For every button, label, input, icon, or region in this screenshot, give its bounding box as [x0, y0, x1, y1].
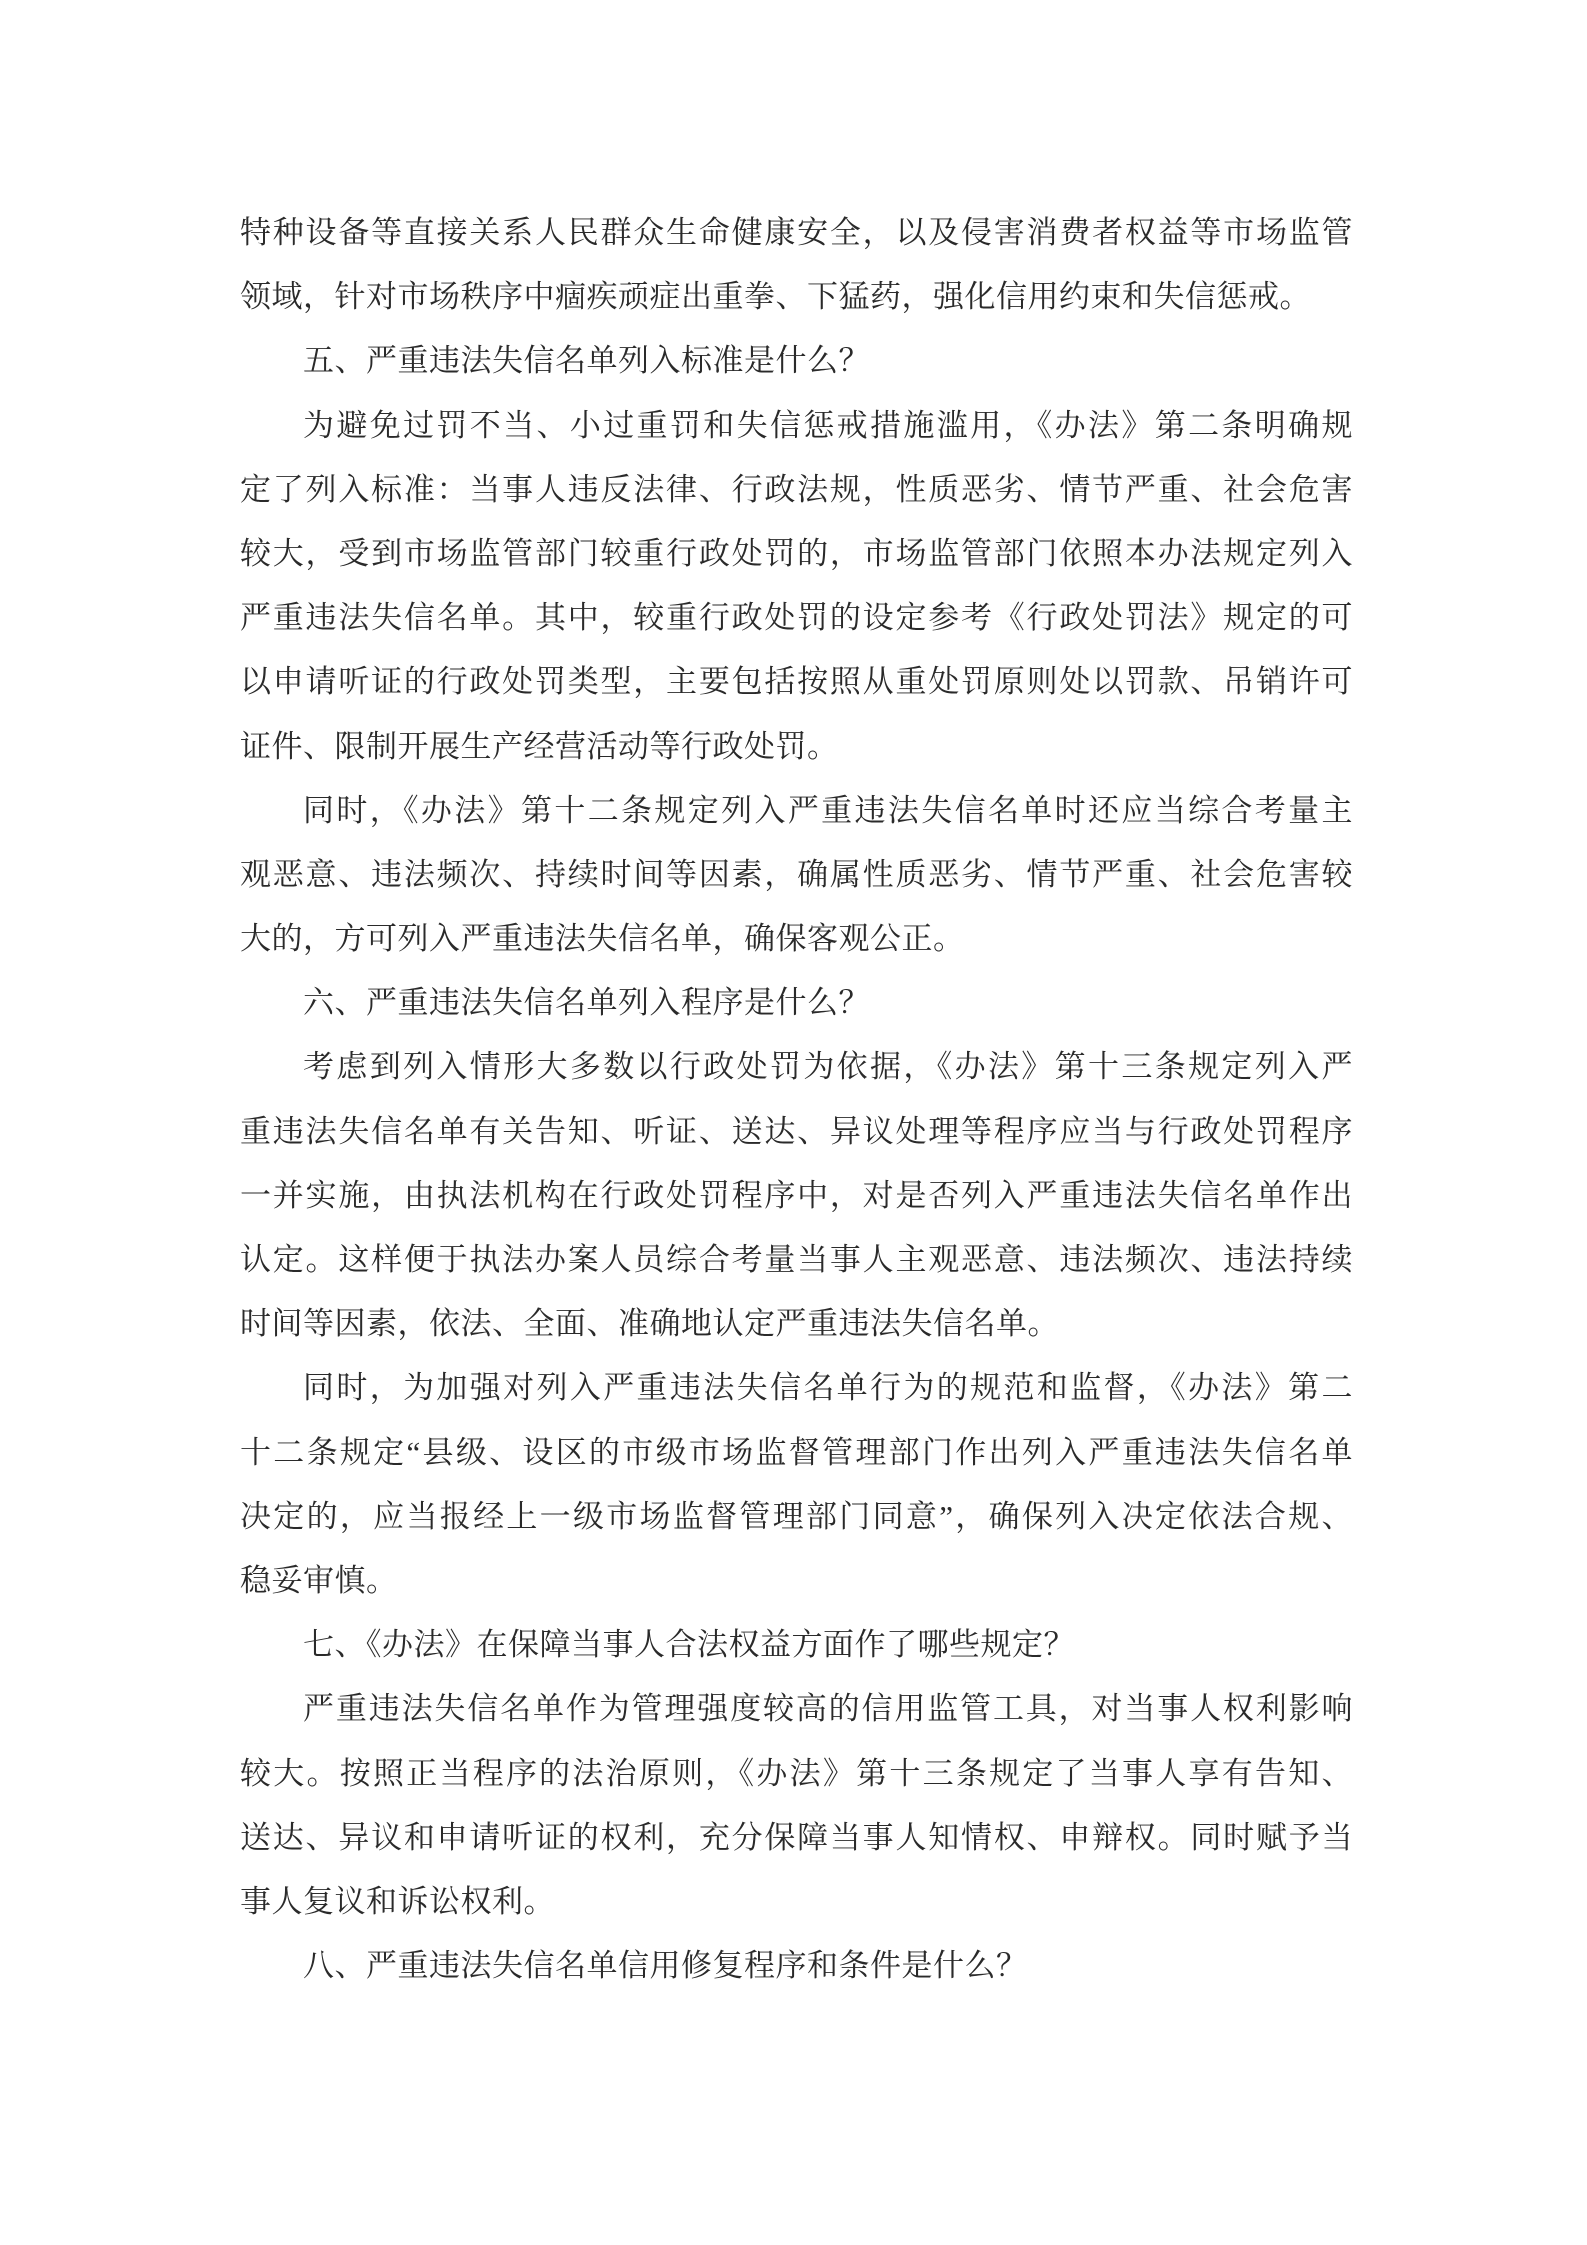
text-line: 十二条规定“县级、设区的市级市场监督管理部门作出列入严重违法失信名单 [240, 1421, 1353, 1485]
section-heading: 八、严重违法失信名单信用修复程序和条件是什么？ [240, 1934, 1353, 1998]
text-line: 送达、异议和申请听证的权利，充分保障当事人知情权、申辩权。同时赋予当 [240, 1806, 1353, 1870]
text-line: 考虑到列入情形大多数以行政处罚为依据，《办法》第十三条规定列入严 [240, 1035, 1353, 1099]
text-line: 证件、限制开展生产经营活动等行政处罚。 [240, 715, 1353, 779]
document-body: 特种设备等直接关系人民群众生命健康安全，以及侵害消费者权益等市场监管 领域，针对… [240, 201, 1353, 1998]
document-page: 特种设备等直接关系人民群众生命健康安全，以及侵害消费者权益等市场监管 领域，针对… [0, 0, 1587, 2245]
text-line: 严重违法失信名单作为管理强度较高的信用监管工具，对当事人权利影响 [240, 1677, 1353, 1741]
text-line: 时间等因素，依法、全面、准确地认定严重违法失信名单。 [240, 1292, 1353, 1356]
text-line: 事人复议和诉讼权利。 [240, 1870, 1353, 1934]
text-line: 同时，为加强对列入严重违法失信名单行为的规范和监督，《办法》第二 [240, 1356, 1353, 1420]
text-line: 重违法失信名单有关告知、听证、送达、异议处理等程序应当与行政处罚程序 [240, 1100, 1353, 1164]
section-heading: 七、《办法》在保障当事人合法权益方面作了哪些规定？ [240, 1613, 1353, 1677]
text-line: 严重违法失信名单。其中，较重行政处罚的设定参考《行政处罚法》规定的可 [240, 586, 1353, 650]
text-line: 稳妥审慎。 [240, 1549, 1353, 1613]
text-line: 认定。这样便于执法办案人员综合考量当事人主观恶意、违法频次、违法持续 [240, 1228, 1353, 1292]
text-line: 一并实施，由执法机构在行政处罚程序中，对是否列入严重违法失信名单作出 [240, 1164, 1353, 1228]
text-line: 决定的，应当报经上一级市场监督管理部门同意”，确保列入决定依法合规、 [240, 1485, 1353, 1549]
text-line: 以申请听证的行政处罚类型，主要包括按照从重处罚原则处以罚款、吊销许可 [240, 650, 1353, 714]
text-line: 定了列入标准：当事人违反法律、行政法规，性质恶劣、情节严重、社会危害 [240, 458, 1353, 522]
text-line: 观恶意、违法频次、持续时间等因素，确属性质恶劣、情节严重、社会危害较 [240, 843, 1353, 907]
text-line: 大的，方可列入严重违法失信名单，确保客观公正。 [240, 907, 1353, 971]
section-heading: 六、严重违法失信名单列入程序是什么？ [240, 971, 1353, 1035]
text-line: 较大。按照正当程序的法治原则，《办法》第十三条规定了当事人享有告知、 [240, 1742, 1353, 1806]
text-line: 特种设备等直接关系人民群众生命健康安全，以及侵害消费者权益等市场监管 [240, 201, 1353, 265]
section-heading: 五、严重违法失信名单列入标准是什么？ [240, 329, 1353, 393]
text-line: 领域，针对市场秩序中痼疾顽症出重拳、下猛药，强化信用约束和失信惩戒。 [240, 265, 1353, 329]
text-line: 同时，《办法》第十二条规定列入严重违法失信名单时还应当综合考量主 [240, 779, 1353, 843]
text-line: 为避免过罚不当、小过重罚和失信惩戒措施滥用，《办法》第二条明确规 [240, 394, 1353, 458]
text-line: 较大，受到市场监管部门较重行政处罚的，市场监管部门依照本办法规定列入 [240, 522, 1353, 586]
